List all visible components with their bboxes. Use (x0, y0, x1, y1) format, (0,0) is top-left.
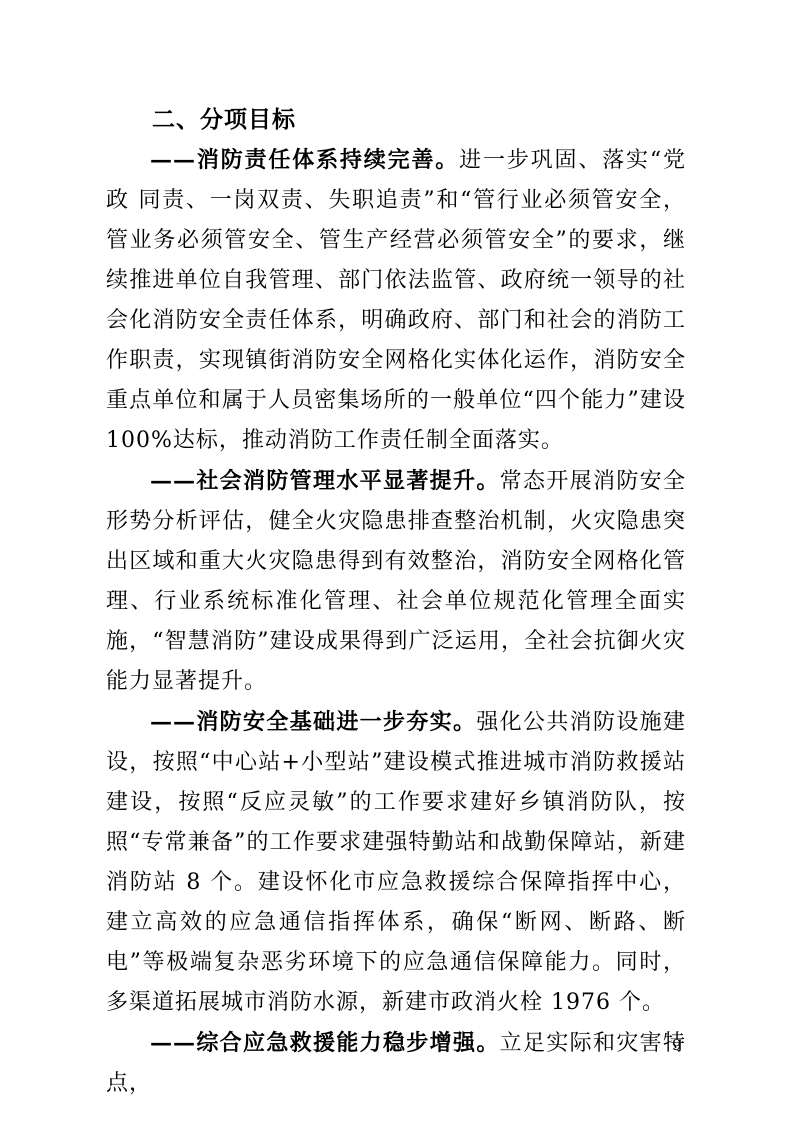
paragraph: ——消防安全基础进一步夯实。强化公共消防设施建设，按照“中心站+小型站”建设模式… (106, 702, 686, 1023)
page-content: 二、分项目标 ——消防责任体系持续完善。进一步巩固、落实“党政 同责、一岗双责、… (106, 100, 686, 1104)
paragraph-text: 进一步巩固、落实“党政 同责、一岗双责、失职追责”和“管行业必须管安全，管业务必… (106, 148, 686, 453)
paragraph-lead: ——社会消防管理水平显著提升。 (150, 468, 500, 494)
paragraph-text: 常态开展消防安全形势分析评估，健全火灾隐患排查整治机制，火灾隐患突出区域和重大火… (106, 469, 686, 694)
section-heading: 二、分项目标 (106, 100, 686, 140)
paragraph: ——综合应急救援能力稳步增强。立足实际和灾害特点， (106, 1023, 686, 1104)
paragraph-lead: ——综合应急救援能力稳步增强。 (150, 1030, 500, 1056)
document-page: 二、分项目标 ——消防责任体系持续完善。进一步巩固、落实“党政 同责、一岗双责、… (0, 0, 793, 1122)
paragraph: ——消防责任体系持续完善。进一步巩固、落实“党政 同责、一岗双责、失职追责”和“… (106, 140, 686, 461)
paragraph-lead: ——消防责任体系持续完善。 (150, 147, 459, 173)
page-number: 9 (672, 1036, 682, 1054)
paragraph-lead: ——消防安全基础进一步夯实。 (150, 709, 476, 735)
paragraph: ——社会消防管理水平显著提升。常态开展消防安全形势分析评估，健全火灾隐患排查整治… (106, 461, 686, 702)
paragraph-text: 强化公共消防设施建设，按照“中心站+小型站”建设模式推进城市消防救援站建设，按照… (106, 710, 686, 1015)
